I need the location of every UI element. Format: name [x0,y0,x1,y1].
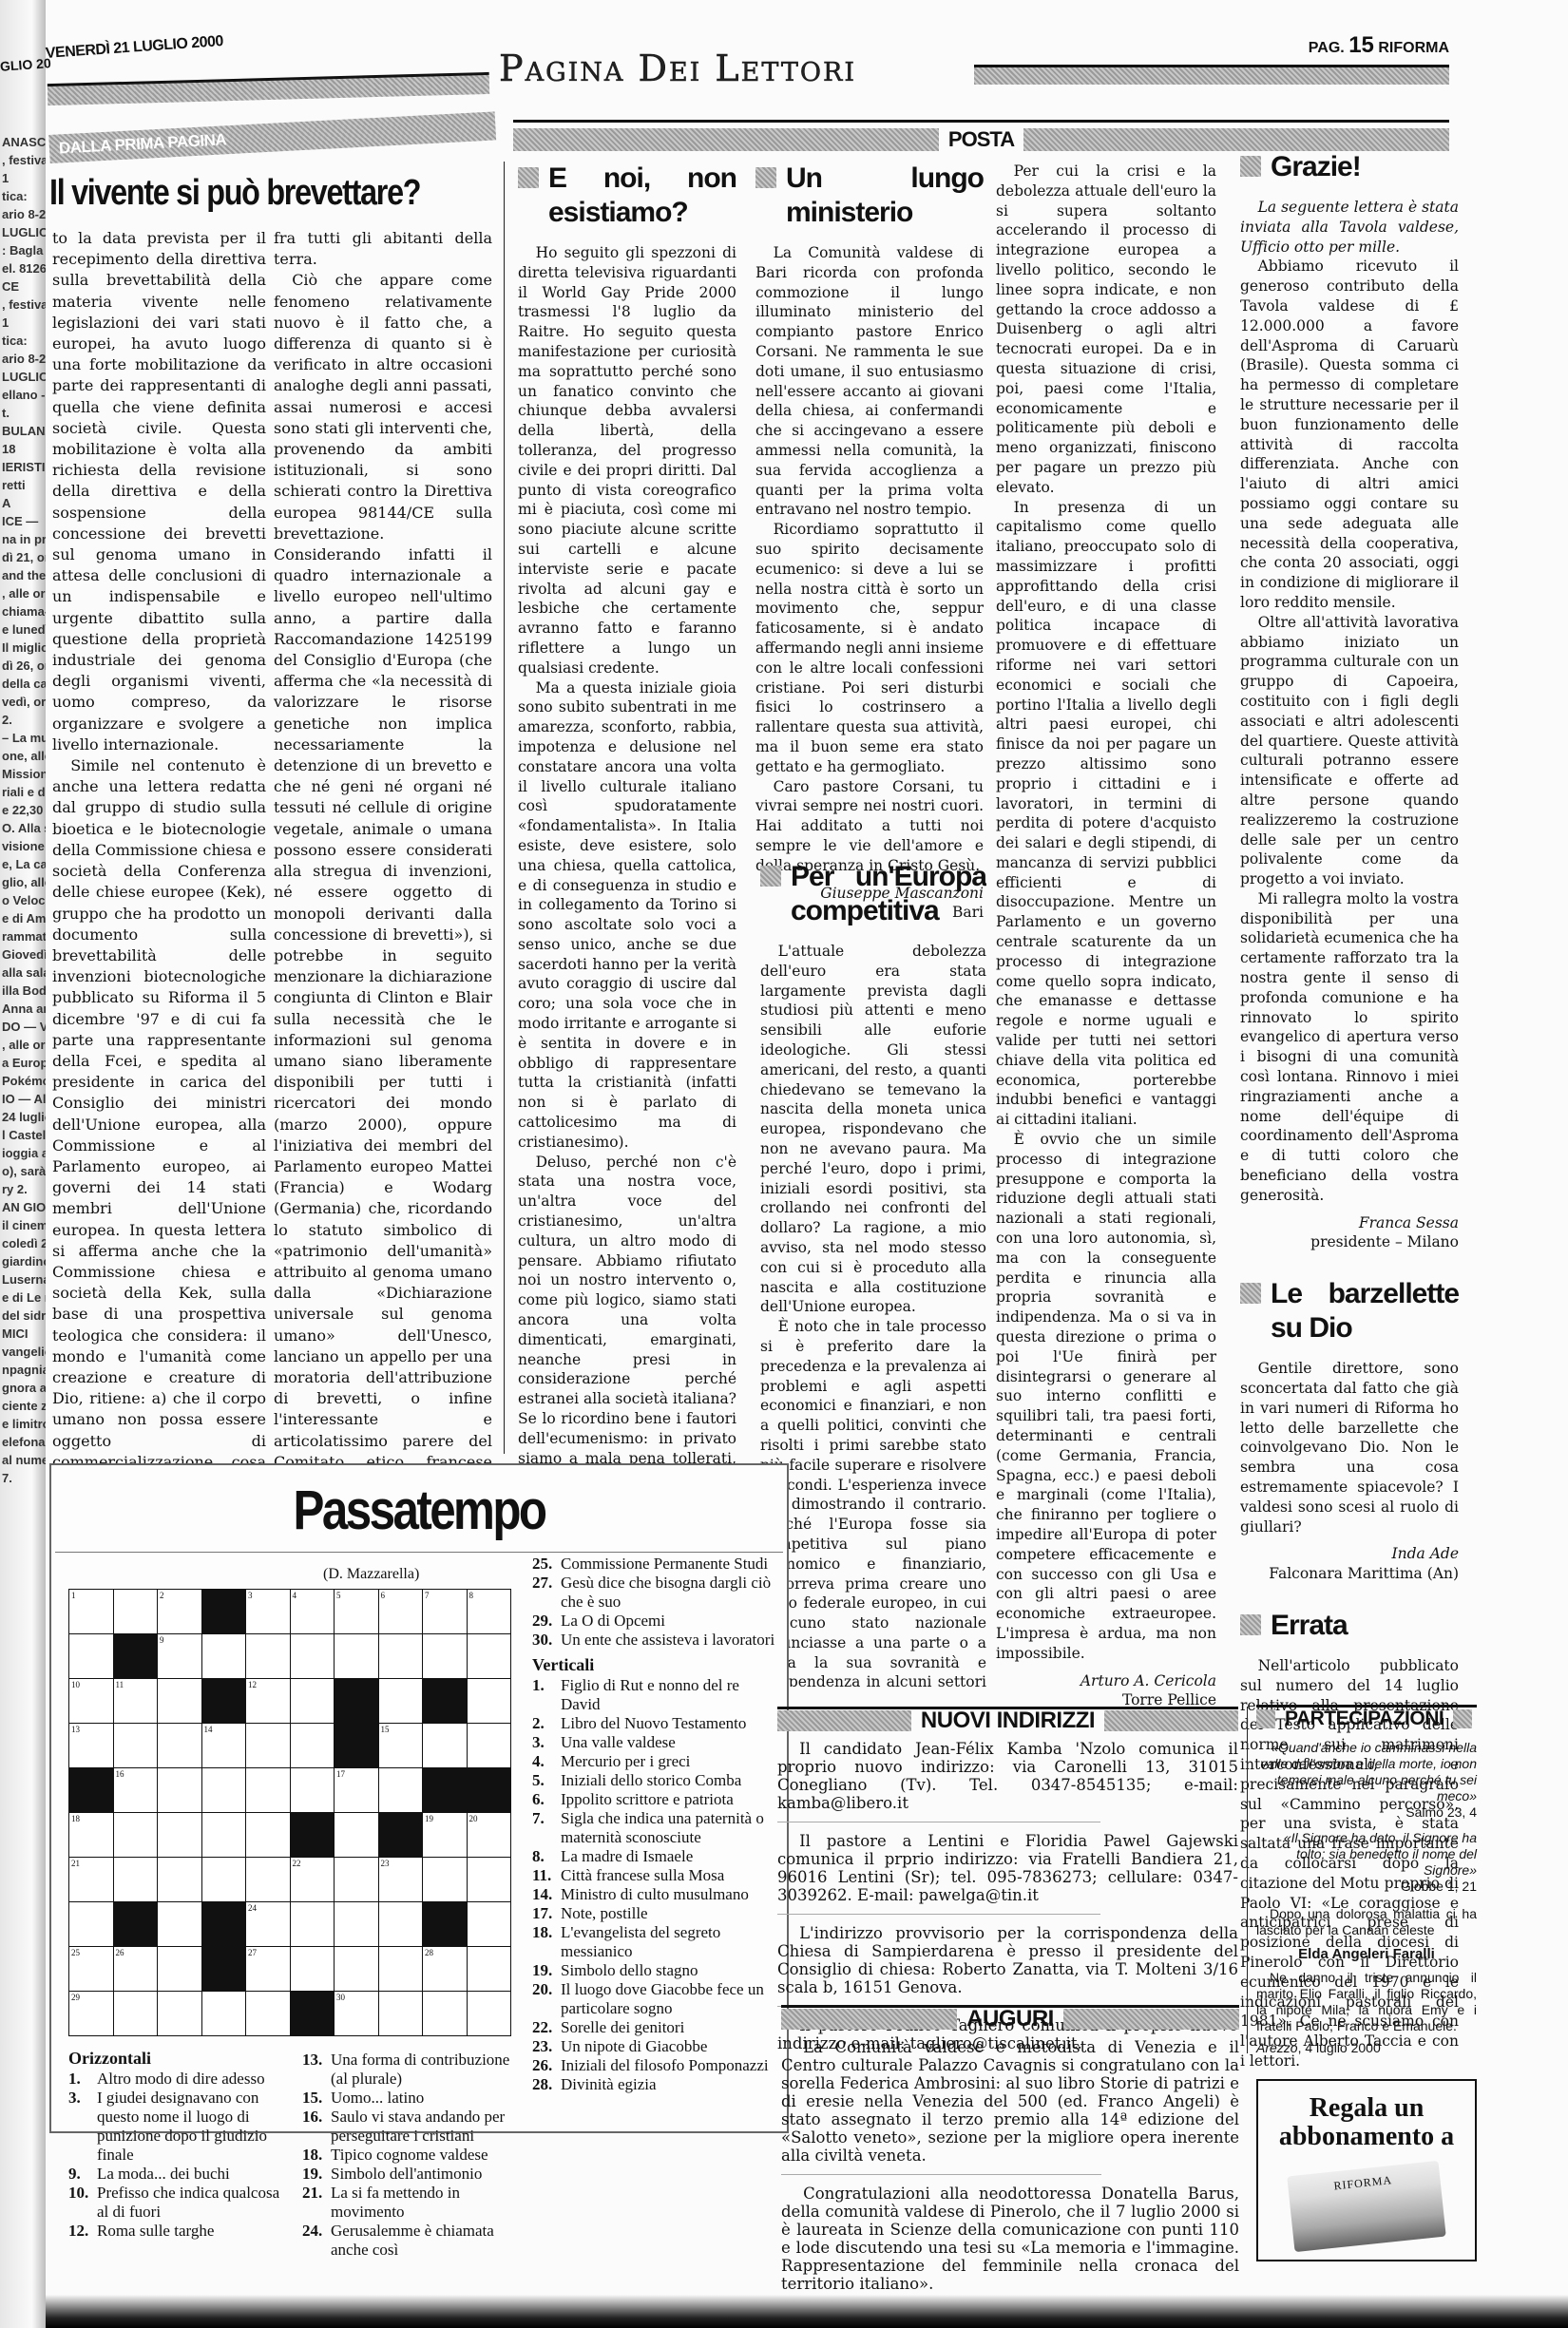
crossword-black-cell [201,1590,246,1634]
facing-page-text-fragment: 1 [0,314,46,332]
crossword-cell[interactable] [69,1902,114,1947]
crossword-clue: 13.Una forma di contribuzione (al plural… [302,2051,521,2089]
letter-paragraph: Ricordiamo soprattutto il suo spirito de… [755,520,984,776]
clue-section-heading: Verticali [532,1655,781,1674]
crossword-black-cell [290,1813,335,1858]
deceased-name: Elda Angeleri Faralli [1256,1946,1477,1962]
crossword-cell[interactable] [246,1634,291,1679]
crossword-cell[interactable] [378,1768,423,1813]
cell-number: 9 [160,1635,164,1645]
crossword-clue: 1.Altro modo di dire adesso [68,2070,287,2089]
crossword-cell[interactable]: 6 [378,1590,423,1634]
facing-page-text-fragment: visione [0,837,46,855]
crossword-cell[interactable] [201,1634,246,1679]
facing-page-text-fragment: ario 8-22 [0,205,46,223]
crossword-cell[interactable] [290,1679,335,1724]
facing-page-text-fragment: e limitro- [0,1415,46,1433]
facing-page-text-fragment: A [0,494,46,512]
facing-page-text-fragment: el. 8126 [0,259,46,277]
cell-number: 18 [71,1814,80,1823]
crossword-clue: 9.La moda... dei buchi [68,2165,287,2184]
facing-page-text-fragment: IERISTICO [0,458,46,476]
crossword-clue: 30.Un ente che assisteva i lavoratori [532,1631,781,1650]
obituary-body: Ne danno il triste annuncio il marito El… [1256,1970,1477,2034]
facing-page-text-fragment: , alle ore [0,1036,46,1054]
crossword-clue: 17.Note, postille [532,1904,781,1923]
cell-number: 8 [469,1591,474,1600]
facing-page-text-fragment: ario 8-22 [0,350,46,368]
facing-page-text-fragment: ciente zo- [0,1397,46,1415]
newspaper-image: RIFORMA [1287,2161,1445,2252]
crossword-clue: 1.Figlio di Rut e nonno del re David [532,1676,781,1714]
crossword-cell[interactable] [113,1590,158,1634]
bible-quote: «Il Signore ha dato, il Signore ha tolto… [1256,1830,1477,1879]
cell-number: 3 [248,1591,253,1600]
notice-item: La Comunità valdese e metodista di Venez… [781,2038,1239,2165]
cell-number: 12 [248,1680,257,1689]
facing-page-gutter: ANASCA, festiva:1tica:ario 8-22LUGLIO: B… [0,0,46,2328]
letter-title: Per un'Europa competitiva [791,860,986,928]
facing-page-text-fragment: ellano - vi [0,386,46,404]
letter-title: Grazie! [1271,150,1361,184]
cell-number: 29 [71,1993,80,2002]
facing-page-text-fragment: del sidro. [0,1307,46,1325]
crossword-cell[interactable] [201,1813,246,1858]
crossword-cell[interactable] [246,1724,291,1768]
facing-page-text-fragment: della ca- [0,675,46,693]
crossword-cell[interactable] [246,1813,291,1858]
crossword-clue: 5.Iniziali dello storico Comba [532,1771,781,1790]
crossword-black-cell [201,1679,246,1724]
crossword-cell[interactable]: 11 [113,1679,158,1724]
crossword-clue: 7.Sigla che indica una paternità o mater… [532,1809,781,1847]
facing-page-text-fragment: l Castello [0,1126,46,1144]
crossword-cell[interactable]: 9 [158,1634,202,1679]
facing-page-text-fragment: o Veloce [0,891,46,909]
facing-page-text-fragment: glio, alle [0,873,46,891]
facing-page-text-fragment: retti [0,476,46,494]
crossword-black-cell [113,1634,158,1679]
facing-page-text-fragment: tica: [0,332,46,350]
letter-title: Un lungo ministerio [786,162,984,230]
crossword-cell[interactable] [467,1902,511,1947]
cell-number: 20 [469,1814,478,1823]
crossword-clues-orizzontali: Orizzontali1.Altro modo di dire adesso3.… [68,2043,287,2241]
crossword-clues-right: 25.Commissione Permanente Studi27.Gesù d… [532,1555,781,2094]
crossword-cell[interactable]: 1 [69,1590,114,1634]
crossword-cell[interactable]: 18 [69,1813,114,1858]
letter-paragraph: È noto che in tale processo si è preferi… [760,1317,986,1687]
crossword-cell[interactable] [423,1634,468,1679]
cell-number: 2 [160,1591,164,1600]
section-banner-label: PARTECIPAZIONI [1275,1708,1453,1730]
crossword-clue: 22.Sorelle dei genitori [532,2018,781,2037]
crossword-cell[interactable] [378,1679,423,1724]
notice-item: Congratulazioni alla neodottoressa Donat… [781,2185,1239,2293]
crossword-clue: 23.Un nipote di Giacobbe [532,2037,781,2056]
facing-page-text-fragment: 24 luglio [0,1108,46,1126]
crossword-clue: 3.I giudei designavano con questo nome i… [68,2089,287,2165]
crossword-cell[interactable]: 16 [113,1768,158,1813]
cell-number: 14 [204,1725,213,1734]
crossword-clue: 12.Roma sulle targhe [68,2222,287,2241]
facing-page-text-fragment: elefonare [0,1433,46,1451]
facing-page-text-fragment: Mission [0,765,46,783]
letter-signature: Franca Sessapresidente – Milano [1240,1213,1459,1253]
crossword-clue: 19.Simbolo dell'antimonio [302,2165,521,2184]
facing-page-text-fragment: Giovedì [0,945,46,964]
crossword-cell[interactable] [201,1858,246,1902]
facing-page-text-fragment: Pokémon [0,1072,46,1090]
heading-square-icon [760,866,781,887]
facing-page-text-fragment: , alle ore [0,584,46,602]
crossword-cell[interactable]: 20 [467,1813,511,1858]
crossword-clue: 4.Mercurio per i greci [532,1752,781,1771]
facing-page-text-fragment: 7. [0,1469,46,1487]
facing-page-text-fragment: , festiva: [0,151,46,169]
crossword-black-cell [113,1902,158,1947]
crossword-cell[interactable] [158,1679,202,1724]
crossword-cell[interactable] [246,1992,291,2036]
facing-page-text-fragment: ANASCA [0,133,46,151]
crossword-cell[interactable] [378,1634,423,1679]
column-divider [1247,1707,1248,2053]
crossword-clue: 14.Ministro di culto musulmano [532,1885,781,1904]
obituary-intro: Dopo una dolorosa malattia ci ha lasciat… [1256,1906,1477,1938]
facing-page-text-fragment: al nume- [0,1451,46,1469]
crossword-cell[interactable] [423,1724,468,1768]
letter-per-un-europa-continued: Per cui la crisi e la debolezza attuale … [996,162,1216,1710]
facing-page-text-fragment: 1 [0,169,46,187]
crossword-cell[interactable]: 30 [335,1992,379,2036]
section-partecipazioni: PARTECIPAZIONI «Quand'anche io camminass… [1256,1705,1477,2261]
crossword-cell[interactable] [158,1992,202,2036]
crossword-black-cell [69,1768,114,1813]
cell-number: 17 [336,1769,345,1779]
facing-page-text-fragment: LUGLIO [0,368,46,386]
crossword-cell[interactable]: 29 [69,1992,114,2036]
letter-paragraph: La Comunità valdese di Bari ricorda con … [755,243,984,520]
cell-number: 22 [293,1859,301,1868]
cell-number: 27 [248,1948,257,1957]
subscription-ad[interactable]: Regala un abbonamento a RIFORMA [1256,2079,1477,2261]
crossword-cell[interactable]: 13 [69,1724,114,1768]
crossword-cell[interactable]: 15 [378,1724,423,1768]
facing-page-text-fragment: rammati- [0,927,46,945]
notice-item: Il pastore a Lentini e Floridia Pawel Ga… [777,1832,1238,1904]
facing-page-text-fragment: e 22,30 [0,801,46,819]
section-auguri: AUGURI La Comunità valdese e metodista d… [781,2005,1239,2293]
facing-page-text-fragment: vedì, ore [0,693,46,711]
crossword-cell[interactable] [113,1813,158,1858]
crossword-cell[interactable] [158,1858,202,1902]
letter-paragraph: Mi rallegra molto la vostra disponibilit… [1240,889,1459,1206]
crossword-cell[interactable]: 3 [246,1590,291,1634]
heading-square-icon [518,167,539,188]
cell-number: 7 [425,1591,430,1600]
crossword-cell[interactable]: 5 [335,1590,379,1634]
cell-number: 16 [116,1769,124,1779]
crossword-cell[interactable] [423,1858,468,1902]
letter-intro: La seguente lettera è stata inviata alla… [1240,198,1459,257]
crossword-cell[interactable]: 21 [69,1858,114,1902]
crossword-clue: 16.Saulo vi stava andando per perseguita… [302,2108,521,2146]
crossword-clue: 6.Ippolito scrittore e patriota [532,1790,781,1809]
facing-page-text-fragment: Il miglio [0,639,46,657]
crossword-black-cell [423,1902,468,1947]
bible-reference: Giobbe 1, 21 [1256,1879,1477,1895]
cell-number: 21 [71,1859,80,1868]
crossword-clue: 21.La si fa mettendo in movimento [302,2184,521,2222]
cell-number: 6 [381,1591,386,1600]
facing-page-text-fragment: gnora an- [0,1379,46,1397]
crossword-cell[interactable] [467,1992,511,2036]
section-banner-label: AUGURI [957,2006,1063,2032]
facing-page-text-fragment: e lunedì [0,620,46,639]
section-banner-dalla-prima-pagina: DALLA PRIMA PAGINA [48,111,496,163]
page-number-block: PAG. 15 RIFORMA [1309,32,1449,59]
letter-paragraph: Ma a questa iniziale gioia sono subito s… [518,678,736,1153]
ad-line-2: abbonamento a [1258,2123,1475,2151]
facing-page-text-fragment: tica: [0,187,46,205]
facing-page-text-fragment: , festiva: [0,296,46,314]
obituary-dateline: Arezzo, 4 luglio 2000 [1256,2040,1477,2056]
crossword-clue: 18.L'evangelista del segreto messianico [532,1923,781,1961]
crossword-cell[interactable] [158,1813,202,1858]
facing-page-text-fragment: e, La casa [0,855,46,873]
crossword-black-cell [378,1813,423,1858]
section-banner-label: POSTA [939,127,1023,152]
crossword-cell[interactable] [467,1724,511,1768]
crossword-cell[interactable] [290,1768,335,1813]
letter-signature: Inda AdeFalconara Marittima (An) [1240,1544,1459,1584]
facing-page-text-fragment: e di Ame- [0,909,46,927]
section-nuovi-indirizzi: NUOVI INDIRIZZI Il candidato Jean-Félix … [777,1707,1238,2052]
facing-page-text-fragment: riali e di- [0,783,46,801]
crossword-cell[interactable] [113,1858,158,1902]
crossword-cell[interactable]: 10 [69,1679,114,1724]
facing-page-text-fragment: dì 21, ore [0,548,46,566]
crossword-black-cell [335,1679,379,1724]
crossword-cell[interactable]: 17 [335,1768,379,1813]
crossword-cell[interactable] [201,1768,246,1813]
article-paragraph: fra tutti gli abitanti della terra. [274,228,492,270]
crossword-cell[interactable] [335,1947,379,1992]
crossword-cell[interactable] [290,1724,335,1768]
crossword-clue: 2.Libro del Nuovo Testamento [532,1714,781,1733]
cell-number: 24 [248,1903,257,1913]
letter-title: Errata [1271,1609,1348,1643]
crossword-black-cell [467,1768,511,1813]
page-number: 15 [1348,32,1374,58]
facing-page-text-fragment: o), sarà in [0,1162,46,1180]
heading-square-icon [755,167,776,188]
letter-paragraph: Per cui la crisi e la debolezza attuale … [996,162,1216,498]
crossword-cell[interactable] [378,1947,423,1992]
facing-page-text-fragment: CE [0,277,46,296]
crossword-black-cell [423,1679,468,1724]
crossword-clue: 28.Divinità egizia [532,2075,781,2094]
crossword-clue: 11.Città francese sulla Mosa [532,1866,781,1885]
crossword-cell[interactable]: 14 [201,1724,246,1768]
crossword-cell[interactable] [290,1947,335,1992]
cell-number: 1 [71,1591,76,1600]
letter-paragraph: In presenza di un capitalismo come quell… [996,498,1216,1131]
crossword-clue: 15.Uomo... latino [302,2089,521,2108]
crossword-cell[interactable]: 26 [113,1947,158,1992]
letter-signature: Arturo A. CericolaTorre Pellice [996,1671,1216,1711]
letter-paragraph: Ho seguito gli spezzoni di diretta telev… [518,243,736,678]
crossword-cell[interactable] [467,1634,511,1679]
crossword-cell[interactable]: 24 [246,1902,291,1947]
letter-title: E noi, non esistiamo? [548,162,736,230]
cell-number: 5 [336,1591,341,1600]
crossword-cell[interactable]: 7 [423,1590,468,1634]
crossword-clue: 27.Gesù dice che bisogna dargli ciò che … [532,1574,781,1612]
crossword-clue: 26.Iniziali del filosofo Pomponazzi [532,2056,781,2075]
cell-number: 28 [425,1948,433,1957]
letter-paragraph: Abbiamo ricevuto il generoso contributo … [1240,257,1459,612]
crossword-clue: 29.La O di Opcemi [532,1612,781,1631]
crossword-black-cell [423,1768,468,1813]
article-paragraph: to la data prevista per il recepimento d… [52,228,266,755]
crossword-black-cell [290,1992,335,2036]
crossword-cell[interactable] [246,1768,291,1813]
crossword-cell[interactable] [423,1992,468,2036]
facing-page-text-fragment: IO — Alle [0,1090,46,1108]
facing-page-text-fragment: illa Bodo [0,982,46,1000]
heading-square-icon [1240,1283,1261,1304]
facing-page-text-fragment: 18 [0,440,46,458]
cell-number: 26 [116,1948,124,1957]
letter-paragraph: Gentile direttore, sono sconcertata dal … [1240,1359,1459,1536]
page-bottom-edge [46,2295,1568,2328]
crossword-cell[interactable] [335,1813,379,1858]
cell-number: 11 [116,1680,124,1689]
crossword-cell[interactable] [113,1992,158,2036]
facing-page-text-fragment: 2. [0,711,46,729]
publication-name: RIFORMA [1378,40,1449,56]
crossword-clue: 20.Il luogo dove Giacobbe fece un partic… [532,1980,781,2018]
crossword-black-cell [335,1724,379,1768]
crossword-black-cell [201,1902,246,1947]
letter-paragraph: L'attuale debolezza dell'euro era stata … [760,942,986,1317]
facing-page-text-fragment: – La mul- [0,729,46,747]
cell-number: 25 [71,1948,80,1957]
facing-page-text-fragment: and the [0,566,46,584]
crossword-cell[interactable] [69,1634,114,1679]
notice-item: Il candidato Jean-Félix Kamba 'Nzolo com… [777,1740,1238,1812]
facing-page-text-fragment: : Bagla [0,241,46,259]
crossword-cell[interactable]: 4 [290,1590,335,1634]
letter-title: Le barzellette su Dio [1271,1277,1459,1345]
crossword-cell[interactable] [246,1858,291,1902]
crossword-cell[interactable] [378,1992,423,2036]
section-banner-label: DALLA PRIMA PAGINA [48,130,226,158]
crossword-cell[interactable] [158,1724,202,1768]
facing-page-text-fragment: vangelica [0,1343,46,1361]
article-paragraph: Ciò che appare come fenomeno relativamen… [274,270,492,1641]
letter-paragraph: Oltre all'attività lavorativa abbiamo in… [1240,613,1459,889]
crossword-cell[interactable]: 28 [423,1947,468,1992]
crossword-cell[interactable] [467,1947,511,1992]
crossword-cell[interactable] [378,1902,423,1947]
column-divider [504,162,505,1454]
crossword-cell[interactable]: 12 [246,1679,291,1724]
letter-paragraph: È ovvio che un simile processo di integr… [996,1130,1216,1664]
crossword-cell[interactable]: 27 [246,1947,291,1992]
facing-page-text-fragment: chiama- [0,602,46,620]
cell-number: 13 [71,1725,80,1734]
letter-per-un-europa-competitiva: Per un'Europa competitiva L'attuale debo… [760,860,986,1687]
crossword-cell[interactable] [290,1902,335,1947]
crossword-clue: 24.Gerusalemme è chiamata anche così [302,2222,521,2260]
header-rule-left [48,72,489,105]
heading-square-icon [1240,156,1261,177]
crossword-cell[interactable] [158,1902,202,1947]
crossword-cell[interactable]: 8 [467,1590,511,1634]
crossword-cell[interactable]: 23 [378,1858,423,1902]
letter-un-lungo-ministerio: Un lungo ministerio La Comunità valdese … [755,162,984,923]
bible-quote: «Quand'anche io camminassi nella valle d… [1256,1740,1477,1804]
facing-page-text-fragment: Anna and [0,1000,46,1018]
crossword-clue: 19.Simbolo dello stagno [532,1961,781,1980]
crossword-title: Passatempo [106,1479,732,1542]
crossword-cell[interactable] [201,1992,246,2036]
crossword-author: (D. Mazzarella) [323,1566,419,1583]
heading-square-icon [1240,1614,1261,1635]
cell-number: 23 [381,1859,390,1868]
crossword-cell[interactable] [467,1858,511,1902]
crossword-cell[interactable] [335,1902,379,1947]
page-label: PAG. [1309,40,1345,56]
facing-page-text-fragment: e di Le re [0,1288,46,1307]
facing-page-text-fragment: coledì 26 [0,1234,46,1252]
crossword-cell[interactable] [290,1634,335,1679]
facing-page-text-fragment: Luserna [0,1270,46,1288]
facing-page-text-fragment: LUGLIO [0,223,46,241]
facing-page-text-fragment: alla sala [0,964,46,982]
crossword-cell[interactable] [113,1724,158,1768]
crossword-cell[interactable] [467,1679,511,1724]
crossword-grid[interactable]: 1234567891011121314151617181920212223242… [68,1589,511,2036]
facing-page-text-fragment: il cinema [0,1216,46,1234]
facing-page-text-fragment: dì 26, ore [0,657,46,675]
cell-number: 15 [381,1725,390,1734]
crossword-cell[interactable] [335,1858,379,1902]
crossword-cell[interactable] [158,1947,202,1992]
crossword-cell[interactable]: 25 [69,1947,114,1992]
crossword-cell[interactable]: 22 [290,1858,335,1902]
facing-page-text-fragment: ICE — [0,512,46,530]
facing-page-text-fragment: O. Alla s- [0,819,46,837]
crossword-cell[interactable]: 2 [158,1590,202,1634]
issue-date: VENERDÌ 21 LUGLIO 2000 [45,33,223,63]
facing-page-text-fragment: ioggia al [0,1144,46,1162]
crossword-clue: 18.Tipico cognome valdese [302,2146,521,2165]
facing-page-text-fragment: npagnia e [0,1361,46,1379]
facing-page-text-fragment: ry 2. [0,1180,46,1198]
facing-page-text-fragment: t. [0,404,46,422]
facing-page-text-fragment: one, alle [0,747,46,765]
cell-number: 4 [293,1591,297,1600]
crossword-black-cell [201,1947,246,1992]
crossword-cell[interactable]: 19 [423,1813,468,1858]
article-headline: Il vivente si può brevettare? [49,173,420,214]
facing-page-text-fragment: a Europa [0,1054,46,1072]
crossword-cell[interactable] [335,1634,379,1679]
crossword-cell[interactable] [158,1768,202,1813]
